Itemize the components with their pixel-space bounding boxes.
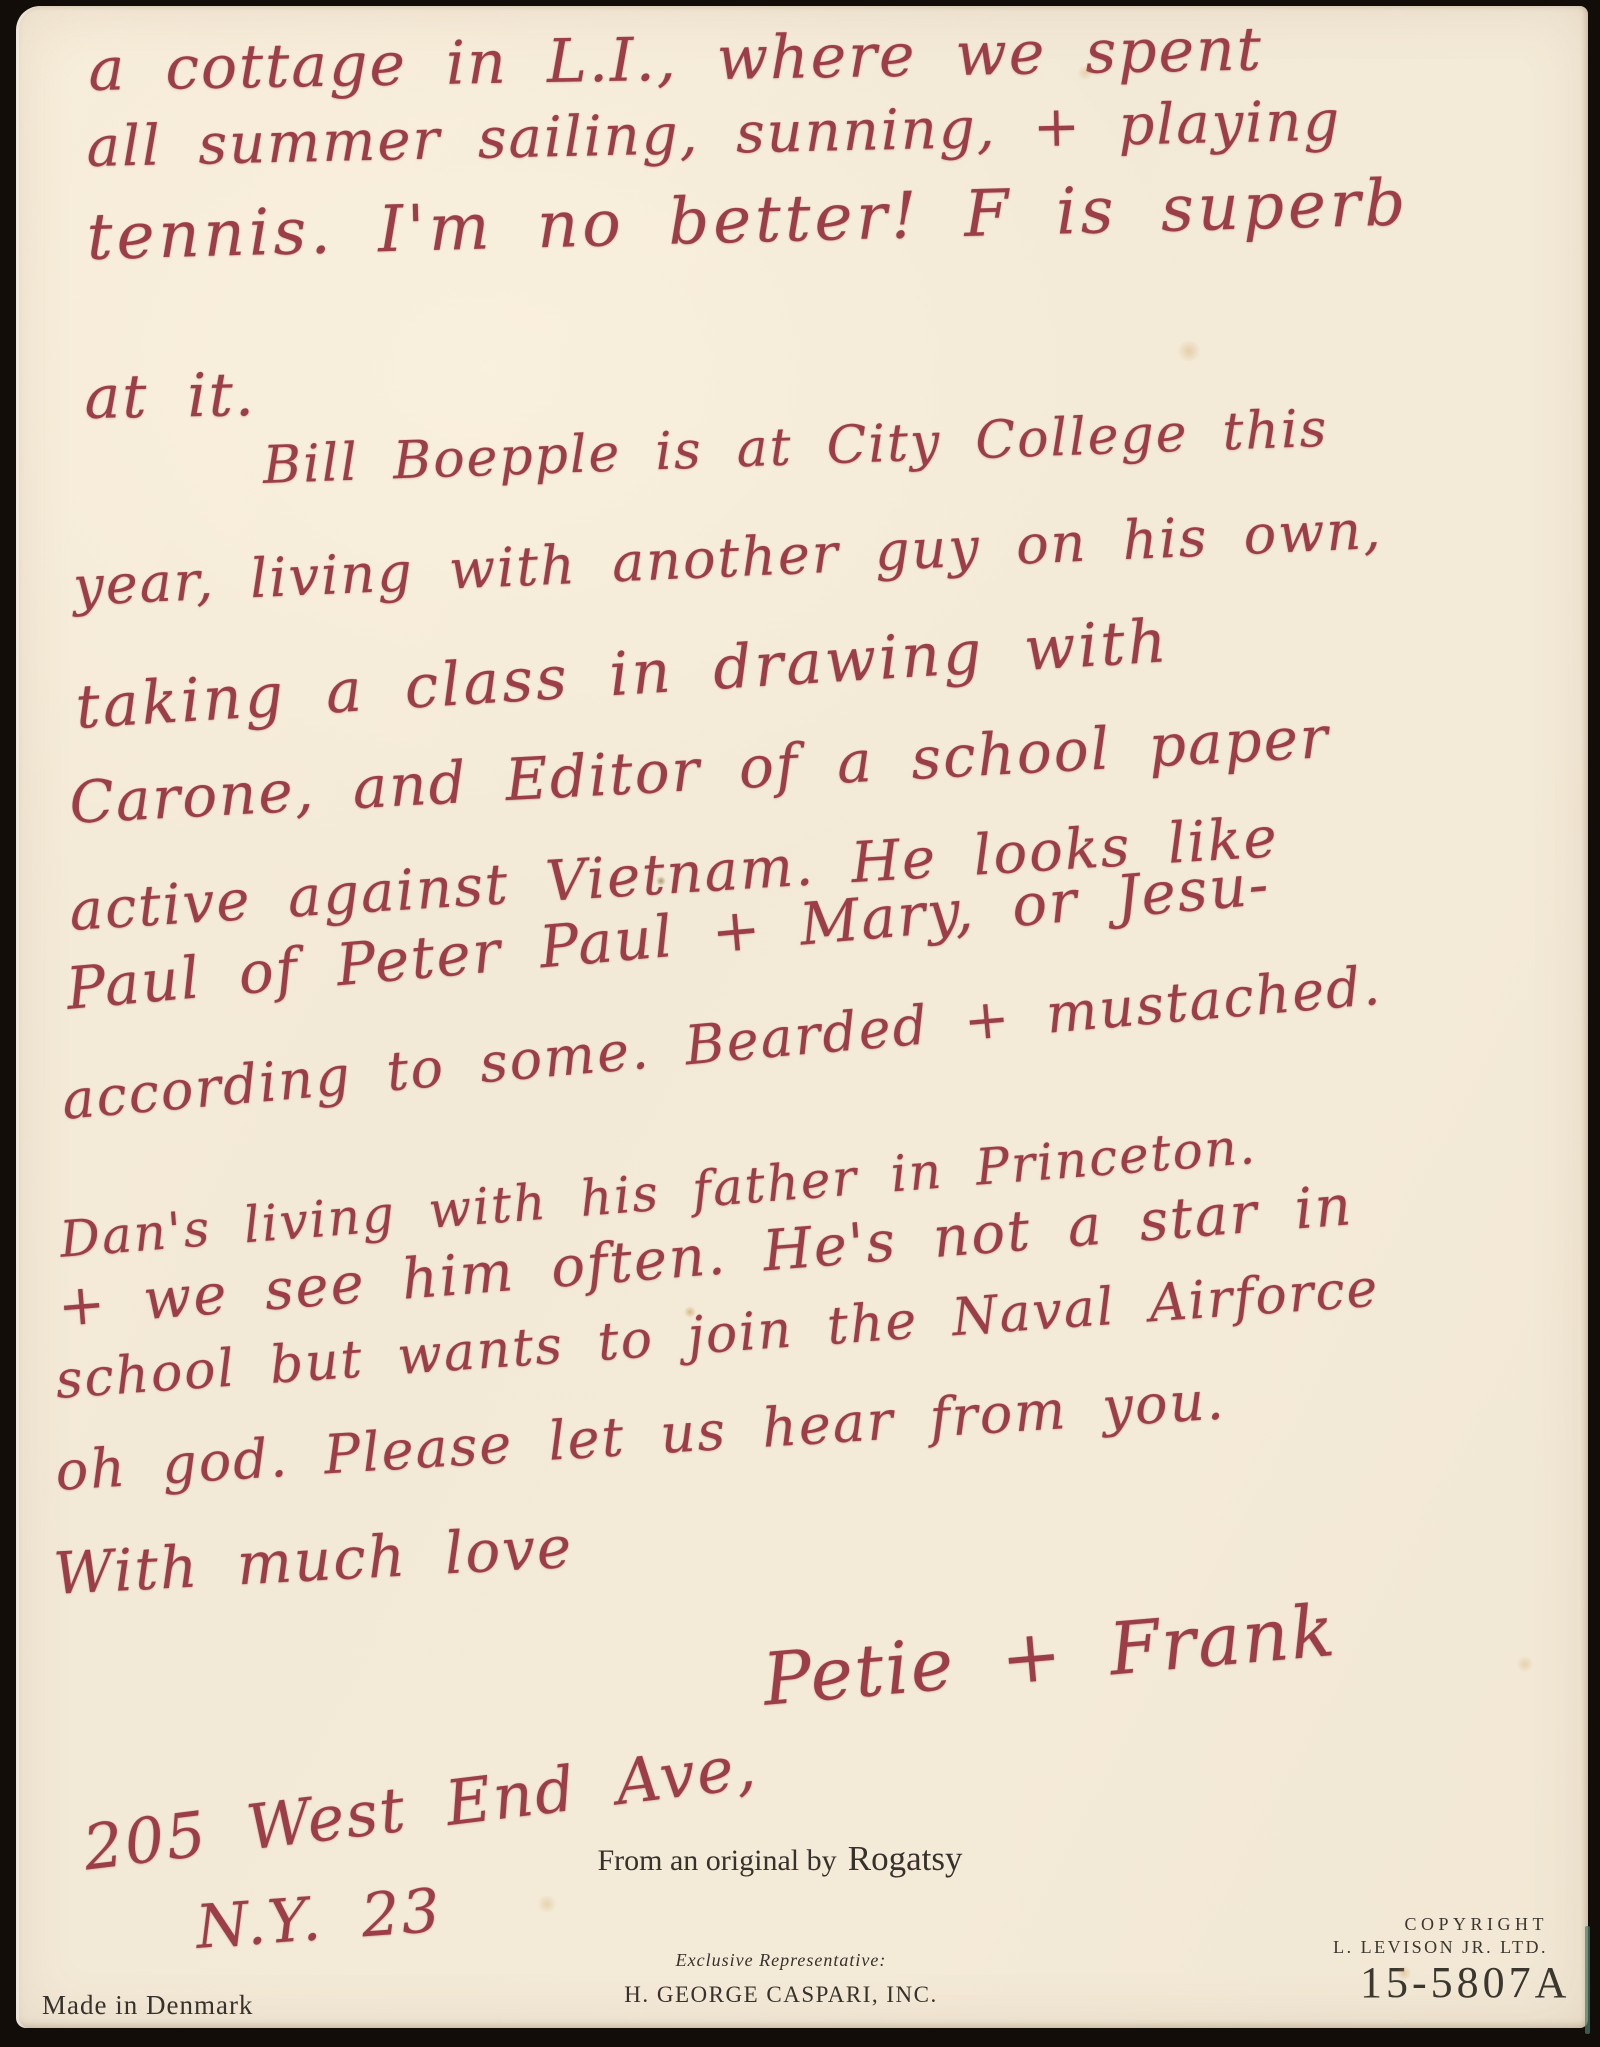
copyright-notice: COPYRIGHT L. LEVISON JR. LTD. (1333, 1914, 1548, 1957)
address-line-2: N.Y. 23 (194, 1881, 444, 1958)
scan-edge-artifact (1585, 1926, 1590, 2034)
item-number: 15-5807A (1360, 1958, 1570, 2009)
paper-stain (1516, 1656, 1534, 1672)
copyright-line-1: COPYRIGHT (1333, 1914, 1548, 1935)
paper-stain (536, 1896, 558, 1912)
handwritten-line-3: tennis. I'm no better! F is superb (86, 171, 1410, 270)
copyright-line-2: L. LEVISON JR. LTD. (1333, 1937, 1548, 1958)
handwritten-line-2: all summer sailing, sunning, + playing (86, 94, 1342, 176)
exclusive-representative-label: Exclusive Representative: (546, 1950, 1016, 1971)
paper-stain (1176, 341, 1202, 361)
letter-card: a cottage in L.I., where we spent all su… (16, 6, 1588, 2028)
handwritten-line-4: at it. (84, 365, 256, 428)
closing-line: With much love (52, 1518, 575, 1603)
signature: Petie + Frank (760, 1594, 1339, 1716)
artist-name: Rogatsy (848, 1839, 963, 1878)
made-in-denmark: Made in Denmark (42, 1990, 253, 2021)
handwritten-line-1: a cottage in L.I., where we spent (88, 20, 1263, 100)
representative-name: H. GEORGE CASPARI, INC. (546, 1982, 1016, 2008)
printed-attribution: From an original byRogatsy (570, 1839, 990, 1879)
letter-scan: a cottage in L.I., where we spent all su… (0, 0, 1600, 2047)
handwritten-line-5: Bill Boepple is at City College this (262, 403, 1329, 492)
attribution-prefix: From an original by (597, 1844, 836, 1877)
handwritten-line-6: year, living with another guy on his own… (72, 503, 1383, 614)
